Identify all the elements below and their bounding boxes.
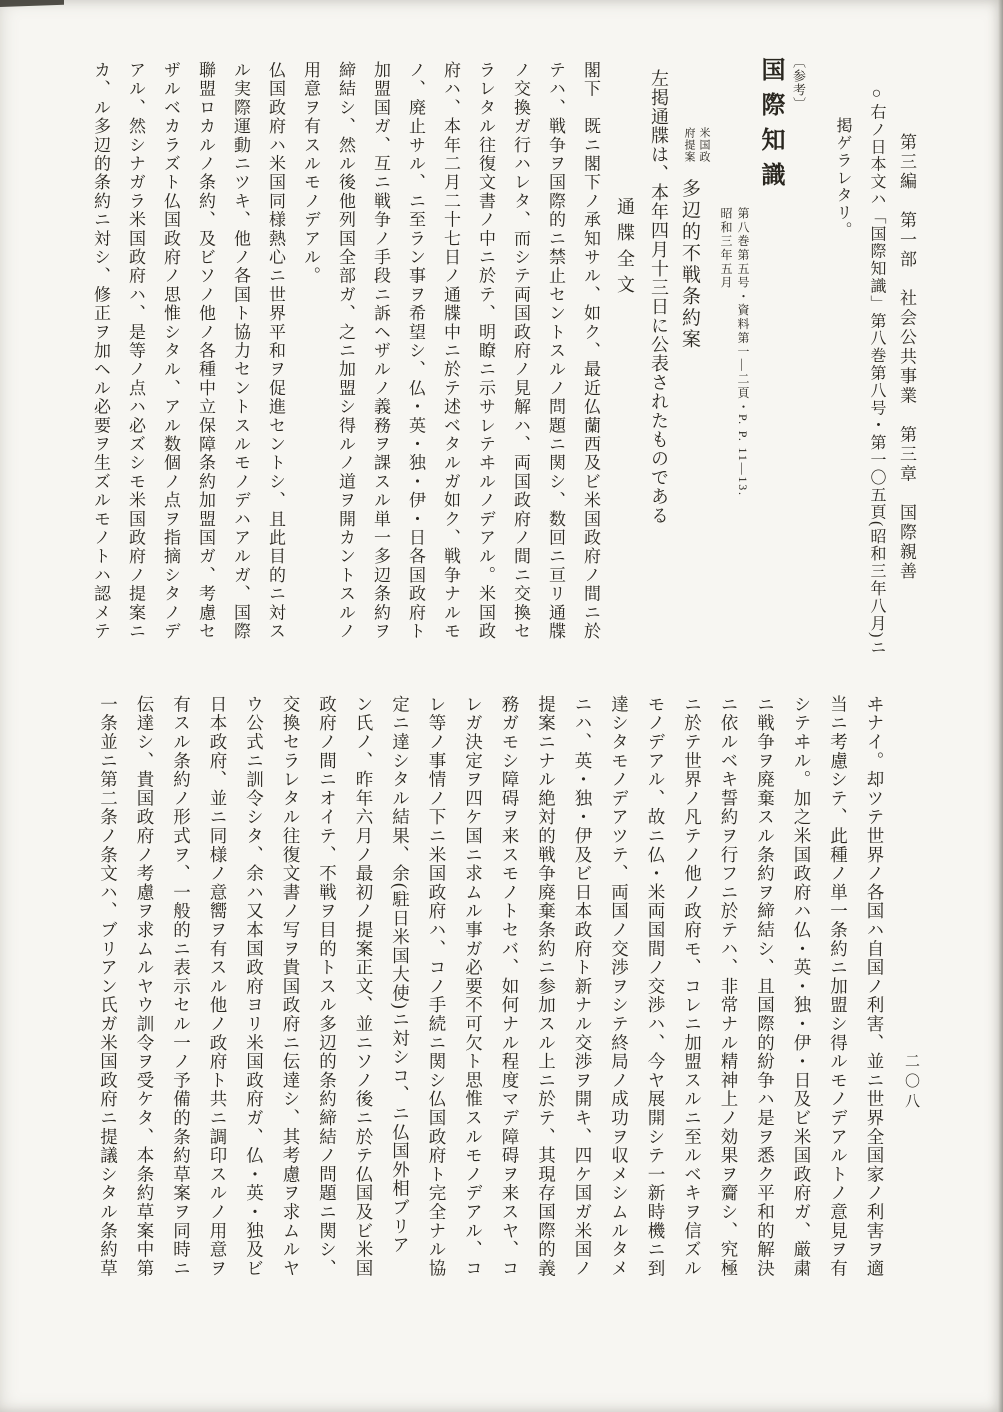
upper-text-block: ○右ノ日本文ハ「国際知識」第八巻第八号・第一〇五頁(昭和三年八月)ニ 掲ゲラレタ… — [80, 55, 888, 651]
text-column: ル実際運動ニツキ、他ノ各国ト協力セントスルモノデハアルガ、国際 — [218, 55, 253, 651]
source-note-line: ○右ノ日本文ハ「国際知識」第八巻第八号・第一〇五頁(昭和三年八月)ニ — [854, 55, 888, 651]
intro-line: 左掲通牒は、本年四月十三日に公表されたものである — [638, 55, 672, 651]
proposer-label: 米国政 府提案 — [682, 127, 712, 163]
citation-line: 昭和三年五月 — [718, 55, 735, 651]
text-column: ノ、廃止サル、ニ至ラン事ヲ希望シ、仏・英・独・伊・日各国政府ト — [393, 55, 428, 651]
text-column: 伝達シ、貴国政府ノ考慮ヲ求ムルヤウ訓令ヲ受ケタ、本条約草案中第 — [122, 693, 159, 1293]
source-note-line: 掲ゲラレタリ。 — [820, 55, 854, 651]
text-column: 当ニ考慮シテ、此種ノ単一条約ニ加盟シ得ルモノデアルトノ意見ヲ有 — [815, 693, 852, 1293]
section-label: 通牒全文 — [603, 55, 638, 651]
text-column: 提案ニナル絶対的戦争廃棄条約ニ参加スル上ニ於テ、其現存国際的義 — [523, 693, 560, 1293]
text-column: 有スル条約ノ形式ヲ、一般的ニ表示セル一ノ予備的条約草案ヲ同時ニ — [158, 693, 195, 1293]
document-subtitle: 米国政 府提案 多辺的不戦条約案 — [676, 55, 712, 651]
text-column: ノ交換ガ行ハレタ、而シテ両国政府ノ見解ハ、両国政府ノ間ニ交換セ — [498, 55, 533, 651]
text-column: 政府ノ間ニオイテ、不戦ヲ目的トスル多辺的条約締結ノ問題ニ関シ、 — [304, 693, 341, 1293]
text-column: 加盟国ガ、互ニ戦争ノ手段ニ訴ヘザルノ義務ヲ課スル単一多辺条約ヲ — [358, 55, 393, 651]
text-column: 一条並ニ第二条ノ条文ハ、ブリアン氏ガ米国政府ニ提議シタル条約草 — [85, 693, 122, 1293]
text-column: 府ハ、本年二月二十七日ノ通牒中ニ於テ述ベタルガ如ク、戦争ナルモ — [428, 55, 463, 651]
page-number: 二〇八 — [901, 1053, 922, 1173]
text-column: ン氏ノ、昨年六月ノ最初ノ提案正文、並ニソノ後ニ於テ仏国及ビ米国 — [341, 693, 378, 1293]
text-column: レガ決定ヲ四ケ国ニ求ムル事ガ必要不可欠ト思惟スルモノデアル、コ — [450, 693, 487, 1293]
article-title: 国際知識 — [752, 55, 788, 651]
lower-text-block: ヰナイ。却ツテ世界ノ各国ハ自国ノ利害、並ニ世界全国家ノ利害ヲ適 当ニ考慮シテ、此… — [80, 693, 888, 1293]
text-column: 務ガモシ障碍ヲ来スモノトセバ、如何ナル程度マデ障碍ヲ来スヤ、コ — [487, 693, 524, 1293]
scan-artifact-right-edge — [998, 0, 1003, 1412]
text-column: レ等ノ事情ノ下ニ米国政府ハ、コノ手続ニ関シ仏国政府ト完全ナル協 — [414, 693, 451, 1293]
text-column: ニ依ルベキ誓約ヲ行フニ於テハ、非常ナル精神上ノ効果ヲ齎シ、究極 — [706, 693, 743, 1293]
text-column: 締結シ、然ル後他列国全部ガ、之ニ加盟シ得ルノ道ヲ開カントスルノ — [323, 55, 358, 651]
text-column: 閣下 既ニ閣下ノ承知サル、如ク、最近仏蘭西及ビ米国政府ノ間ニ於 — [568, 55, 603, 651]
text-column: ニハ、英・独・伊及ビ日本政府ト新ナル交渉ヲ開キ、四ケ国ガ米国ノ — [560, 693, 597, 1293]
running-head: 第三編 第一部 社会公共事業 第三章 国際親善 — [894, 133, 919, 563]
text-column: ヰナイ。却ツテ世界ノ各国ハ自国ノ利害、並ニ世界全国家ノ利害ヲ適 — [852, 693, 889, 1293]
text-column: 達シタモノデアツテ、両国ノ交渉ヲシテ終局ノ成功ヲ収メシムルタメ — [596, 693, 633, 1293]
subtitle-text: 多辺的不戦条約案 — [679, 178, 700, 350]
text-column: ザルベカラズト仏国政府ノ思惟シタル、アル数個ノ点ヲ指摘シタノデ — [148, 55, 183, 651]
text-column: ウ公式ニ訓令シタ、余ハ又本国政府ヨリ米国政府ガ、仏・英・独及ビ — [231, 693, 268, 1293]
reference-tag: 〔参考〕 — [788, 55, 808, 651]
text-column: 聯盟ロカルノ条約、及ビソノ他ノ各種中立保障条約加盟国ガ、考慮セ — [183, 55, 218, 651]
proposer-label-line: 米国政 — [697, 127, 712, 163]
text-column: ニ於テ世界ノ凡テノ他ノ政府モ、コレニ加盟スルニ至ルベキヲ信ズル — [669, 693, 706, 1293]
text-column: ラレタル往復文書ノ中ニ於テ、明瞭ニ示サレテヰルノデアル。米国政 — [463, 55, 498, 651]
text-column: シテヰル。加之米国政府ハ仏・英・独・伊・日及ビ米国政府ガ、厳粛 — [779, 693, 816, 1293]
text-column: 定ニ達シタル結果、余(駐日米国大使)ニ対シコ、ニ仏国外相ブリア — [377, 693, 414, 1293]
proposer-label-line: 府提案 — [682, 127, 697, 163]
text-column: 用意ヲ有スルモノデアル。 — [288, 55, 323, 651]
citation-line: 第八巻第五号・資料第一—二頁・P. P. 11—13. — [735, 55, 752, 651]
text-column: モノデアル、故ニ仏・米両国間ノ交渉ハ、今ヤ展開シテ一新時機ニ到 — [633, 693, 670, 1293]
text-column: カ、ル多辺的条約ニ対シ、修正ヲ加ヘル必要ヲ生ズルモノトハ認メテ — [78, 55, 113, 651]
scan-artifact-top-left — [0, 0, 64, 7]
text-column: ニ戦争ヲ廃棄スル条約ヲ締結シ、且国際的紛争ハ是ヲ悉ク平和的解決 — [742, 693, 779, 1293]
scanned-book-page: 第三編 第一部 社会公共事業 第三章 国際親善 二〇八 ○右ノ日本文ハ「国際知識… — [0, 0, 1003, 1412]
text-column: 交換セラレタル往復文書ノ写ヲ貴国政府ニ伝達シ、其考慮ヲ求ムルヤ — [268, 693, 305, 1293]
text-column: 仏国政府ハ米国同様熱心ニ世界平和ヲ促進セントシ、且此目的ニ対ス — [253, 55, 288, 651]
text-column: 日本政府、並ニ同様ノ意嚮ヲ有スル他ノ政府ト共ニ調印スルノ用意ヲ — [195, 693, 232, 1293]
text-column: アル、然シナガラ米国政府ハ、是等ノ点ハ必ズシモ米国政府ノ提案ニ — [113, 55, 148, 651]
text-column: テハ、戦争ヲ国際的ニ禁止セントスルノ問題ニ関シ、数回ニ亘リ通牒 — [533, 55, 568, 651]
